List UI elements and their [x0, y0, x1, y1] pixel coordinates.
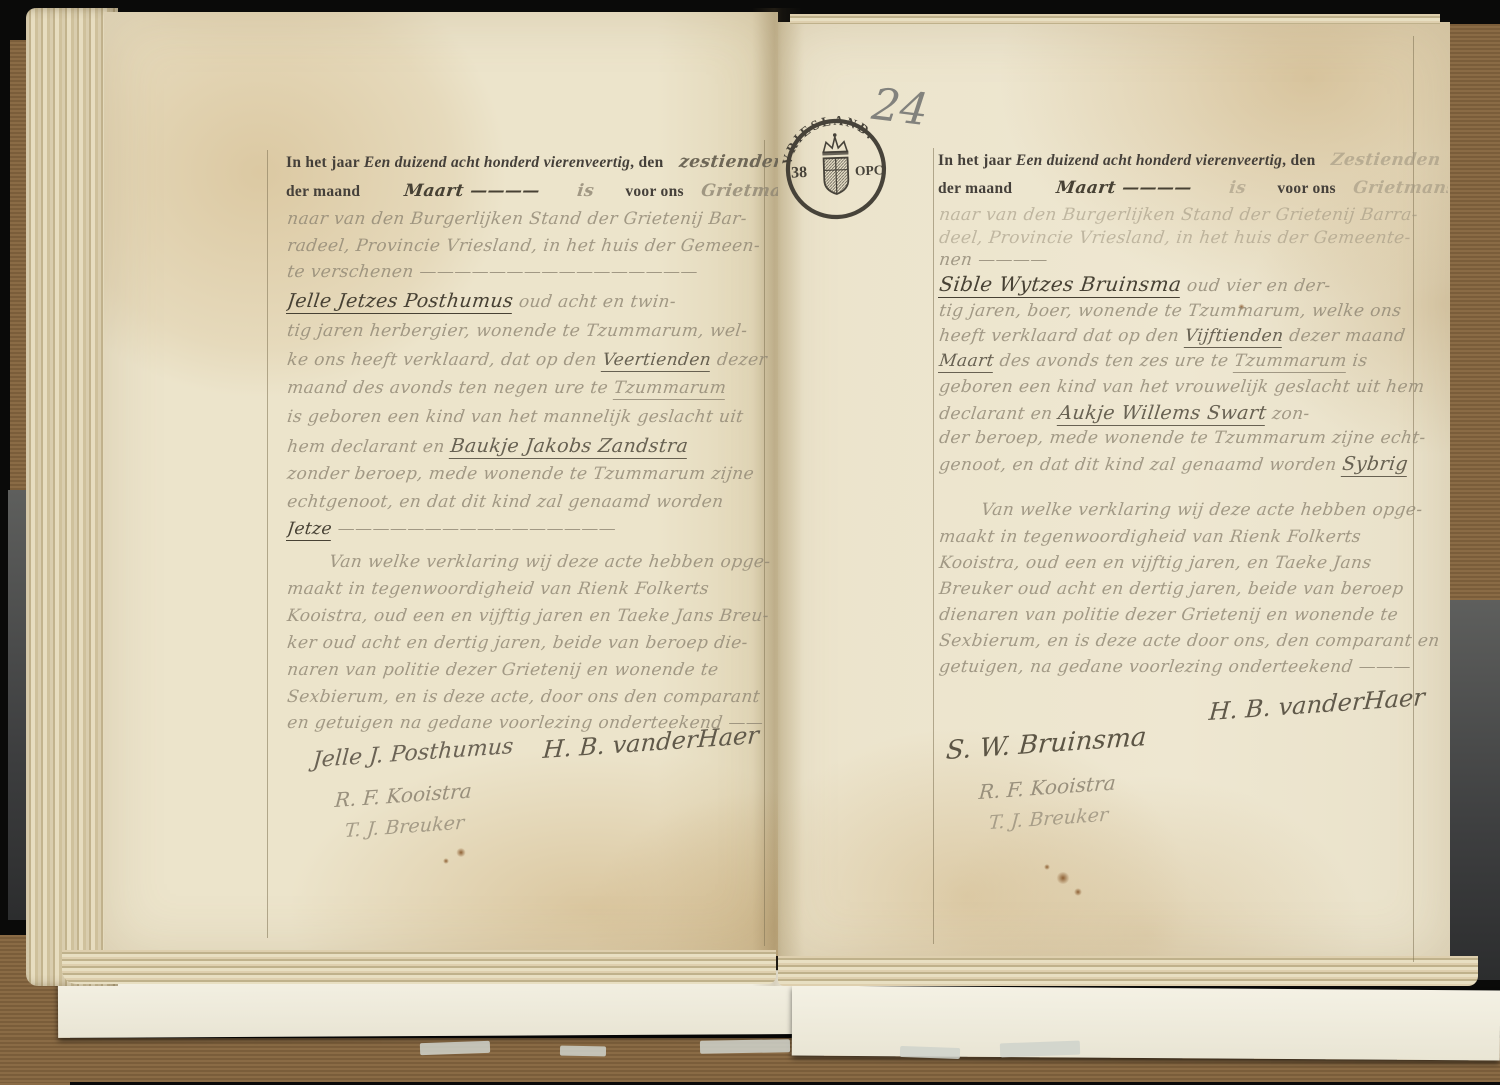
printed-text: voor ons	[625, 183, 684, 200]
register-book-scan: In het jaar Een duizend acht honderd vie…	[0, 0, 1500, 1085]
handwritten-line: hem declarant en Baukje Jakobs Zandstra	[286, 435, 690, 457]
handwritten-line: Sexbierum, en is deze acte, door ons den…	[286, 687, 761, 707]
printed-text: In het jaar	[938, 152, 1012, 169]
handwritten-month: Maart ————	[403, 181, 541, 201]
stamp-crown-icon	[822, 133, 849, 156]
handwritten-day: Zestienden	[1330, 150, 1442, 170]
handwritten-line: maakt in tegenwoordigheid van Rienk Folk…	[938, 527, 1362, 547]
mother-name: Baukje Jakobs Zandstra	[449, 435, 690, 459]
handwritten-line: Van welke verklaring wij deze acte hebbe…	[980, 500, 1424, 520]
handwritten-line: maakt in tegenwoordigheid van Rienk Folk…	[286, 579, 710, 599]
line-text: genoot, en dat dit kind zal genaamd word…	[938, 455, 1344, 475]
printed-text: voor ons	[1277, 180, 1336, 197]
stamp-shield-icon	[824, 158, 849, 195]
line-text: oud acht en twin-	[512, 292, 677, 312]
line-text: oud vier en der-	[1180, 276, 1332, 296]
printed-year-italic: Een duizend acht honderd vierenveertig	[364, 154, 630, 171]
handwritten-day: zestienden ———	[678, 152, 778, 172]
book-cover-right-worn	[1444, 600, 1500, 980]
handwritten-line: naar van den Burgerlijken Stand der Grie…	[286, 209, 748, 229]
handwritten-line: echtgenoot, en dat dit kind zal genaamd …	[286, 492, 725, 512]
pencil-page-number: 24	[869, 79, 931, 136]
margin-rule	[933, 148, 934, 944]
line-text: ke ons heeft verklaard, dat op den	[286, 350, 604, 370]
line-text: zon-	[1265, 404, 1311, 424]
handwritten-line: Maart des avonds ten zes ure te Tzummaru…	[938, 351, 1369, 371]
printed-month-line: der maand Maart ———— is voor ons Grietma…	[286, 181, 778, 201]
handwritten-line: deel, Provincie Vriesland, in het huis d…	[938, 228, 1412, 248]
handwritten-line: Breuker oud acht en dertig jaren, beide …	[938, 579, 1405, 599]
declarant-name: Sible Wytzes Bruinsma	[938, 272, 1183, 298]
stamp-value-left: 38	[791, 164, 808, 182]
line-text: ————————————————	[331, 519, 618, 539]
handwritten-line: is geboren een kind van het mannelijk ge…	[286, 407, 745, 427]
birth-day: Veertienden	[601, 350, 712, 372]
handwritten-line: ker oud acht en dertig jaren, beide van …	[286, 633, 749, 653]
handwritten-word: is	[576, 181, 595, 201]
line-text: dezer maand	[1282, 326, 1406, 346]
line-text: heeft verklaard dat op den	[938, 326, 1186, 346]
handwritten-line: heeft verklaard dat op den Vijftienden d…	[938, 326, 1407, 346]
printed-year-line: In het jaar Een duizend acht honderd vie…	[938, 150, 1439, 170]
handwritten-line: Kooistra, oud een en vijftig jaren, en T…	[938, 553, 1373, 573]
right-page-text-column: In het jaar Een duizend acht honderd vie…	[938, 0, 1448, 1085]
printed-text: der maand	[938, 180, 1012, 197]
handwritten-word: is	[1228, 178, 1247, 198]
handwritten-line: Kooistra, oud een en vijftig jaren en Ta…	[286, 606, 770, 626]
child-name-line: genoot, en dat dit kind zal genaamd word…	[938, 453, 1409, 475]
printed-text: In het jaar	[286, 154, 360, 171]
handwritten-line: tig jaren herbergier, wonende te Tzummar…	[286, 321, 749, 341]
handwritten-line: getuigen, na gedane voorlezing onderteek…	[938, 657, 1412, 677]
line-text: hem declarant en	[286, 437, 452, 457]
handwritten-month: Maart ————	[1055, 178, 1193, 198]
birth-place: Tzummarum	[612, 378, 727, 400]
handwritten-line: naar van den Burgerlijken Stand der Grie…	[938, 205, 1419, 225]
book-cover-right-edge	[1450, 24, 1500, 604]
printed-text: , den	[630, 154, 663, 171]
printed-year-italic: Een duizend acht honderd vierenveertig	[1016, 152, 1282, 169]
line-text: des avonds ten zes ure te	[993, 351, 1236, 371]
handwritten-line: Van welke verklaring wij deze acte hebbe…	[328, 552, 772, 572]
line-text: is	[1346, 351, 1369, 371]
declarant-name: Jelle Jetzes Posthumus	[286, 290, 515, 314]
handwritten-line: declarant en Aukje Willems Swart zon-	[938, 402, 1311, 424]
handwritten-line: zonder beroep, mede wonende te Tzummarum…	[286, 464, 755, 484]
handwritten-line: geboren een kind van het vrouwelijk gesl…	[938, 377, 1426, 397]
child-name-line: Jetze ————————————————	[286, 519, 617, 539]
line-text: maand des avonds ten negen ure te	[286, 378, 615, 398]
line-text: dezer	[710, 350, 768, 370]
handwritten-line: dienaren van politie dezer Grietenij en …	[938, 605, 1399, 625]
handwritten-line: Sexbierum, en is deze acte door ons, den…	[938, 631, 1441, 651]
declarant-name-line: Sible Wytzes Bruinsma oud vier en der-	[938, 272, 1332, 296]
birth-day: Vijftienden	[1183, 326, 1284, 348]
left-page-text-column: In het jaar Een duizend acht honderd vie…	[286, 0, 778, 1085]
child-name: Sybrig	[1341, 453, 1410, 477]
handwritten-line: tig jaren, boer, wonende te Tzummarum, w…	[938, 301, 1403, 321]
printed-year-line: In het jaar Een duizend acht honderd vie…	[286, 152, 778, 172]
handwritten-official: Grietmansambte-	[700, 181, 778, 201]
line-text: declarant en	[938, 404, 1060, 424]
birth-place: Tzummarum	[1233, 351, 1348, 373]
birth-month: Maart	[938, 351, 995, 373]
handwritten-line: te verschenen ————————————————	[286, 262, 699, 282]
margin-rule	[267, 150, 268, 938]
mother-name: Aukje Willems Swart	[1057, 402, 1268, 426]
handwritten-line: der beroep, mede wonende te Tzummarum zi…	[938, 428, 1427, 448]
printed-text: der maand	[286, 183, 360, 200]
handwritten-line: maand des avonds ten negen ure te Tzumma…	[286, 378, 728, 398]
handwritten-line: nen ————	[938, 250, 1049, 270]
handwritten-line: naren van politie dezer Grietenij en won…	[286, 660, 720, 680]
child-name: Jetze	[286, 519, 333, 541]
handwritten-line: radeel, Provincie Vriesland, in het huis…	[286, 236, 761, 256]
printed-text: , den	[1282, 152, 1315, 169]
stamp-value-right: OPC	[855, 162, 884, 178]
printed-month-line: der maand Maart ———— is voor ons Grietma…	[938, 178, 1448, 198]
handwritten-official: Grietmansambte-	[1352, 178, 1448, 198]
declarant-name-line: Jelle Jetzes Posthumus oud acht en twin-	[286, 290, 678, 312]
handwritten-line: ke ons heeft verklaard, dat op den Veert…	[286, 350, 768, 370]
